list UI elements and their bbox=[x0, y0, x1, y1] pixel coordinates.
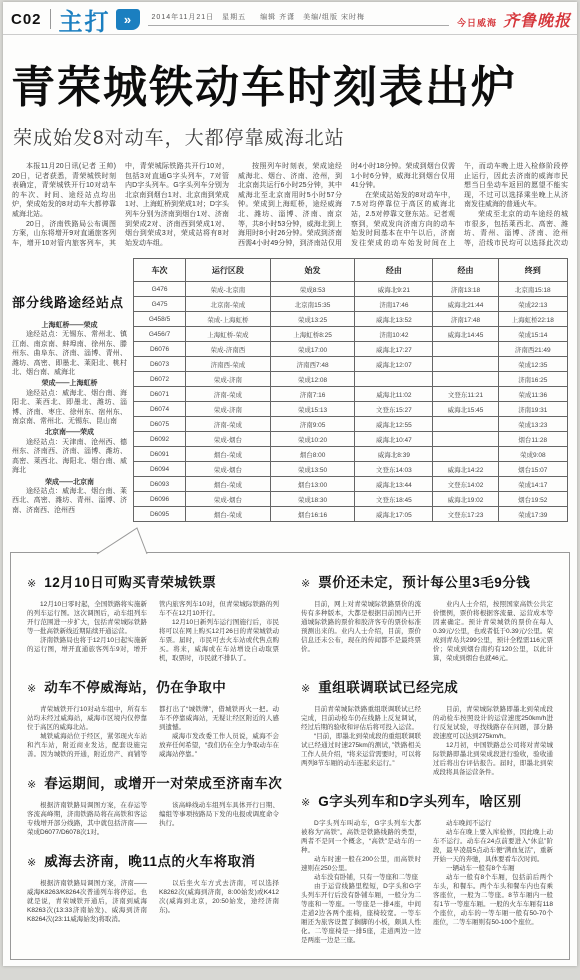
route-name: 北京南——荣成 bbox=[12, 428, 127, 437]
page-header: C02 主打 » 2014年11月21日 星期五编辑 齐潇 美编/组版 宋时梅 … bbox=[3, 2, 577, 32]
article-body: 目前，网上对青荣城际铁路票价的流传有多种版本，大都是根据目前国内已开通城际铁路的… bbox=[301, 600, 553, 663]
timetable-cell: 烟台19:52 bbox=[498, 492, 567, 507]
timetable-cell: 北京南15:35 bbox=[270, 297, 355, 312]
timetable-cell: 济南9:05 bbox=[270, 417, 355, 432]
article: ※票价还未定，预计每公里3毛9分钱目前，网上对青荣城际铁路票价的流传有多种版本，… bbox=[301, 571, 553, 663]
article: ※重组联调联试已经完成目前青荣城际铁路重组联调联试已经完成，目前动检车仍在线路上… bbox=[301, 676, 553, 777]
timetable-cell: D6071 bbox=[134, 387, 186, 402]
masthead: 今日威海 齐鲁晚报 bbox=[449, 8, 571, 31]
timetable-header-cell: 运行区段 bbox=[186, 259, 271, 282]
timetable-cell: 济南17:48 bbox=[433, 312, 498, 327]
timetable-cell: D6094 bbox=[134, 462, 186, 477]
route-stations: 途经站点：威海北、烟台南、海阳北、莱西北、即墨北、潍坊、淄博、济南、枣庄、徐州东… bbox=[12, 389, 127, 427]
timetable-cell: 威海北14:45 bbox=[433, 327, 498, 342]
timetable-cell: 威海北15:45 bbox=[433, 402, 498, 417]
timetable-cell: 威海北12:55 bbox=[355, 417, 433, 432]
article-header: ※动车不停威海站，仍在争取中 bbox=[27, 676, 279, 696]
timetable-cell: 荣成12:08 bbox=[270, 372, 355, 387]
timetable-cell: 荣成-济南 bbox=[186, 372, 271, 387]
timetable-cell: 荣成9:08 bbox=[498, 447, 567, 462]
article: ※G字头列车和D字头列车，啥区别D字头列车叫动车，G字头列车大都被称为“高铁”。… bbox=[301, 790, 553, 945]
timetable-header-cell: 车次 bbox=[134, 259, 186, 282]
timetable-cell: 威海北9:21 bbox=[355, 282, 433, 297]
timetable-cell: 文登东11:21 bbox=[433, 387, 498, 402]
sidebar-route: 荣成——北京南途经站点：威海北、烟台南、莱西北、高密、潍坊、青州、淄博、济南、济… bbox=[12, 478, 127, 516]
intro-paragraph: 本报11月20日讯(记者 王帅) 20日，记者获悉，青荣城铁时刻表确定，青荣城铁… bbox=[12, 162, 116, 220]
timetable-cell: 上海虹桥8:25 bbox=[270, 327, 355, 342]
timetable-cell: 威海北10:47 bbox=[355, 432, 433, 447]
timetable-cell: 荣成18:30 bbox=[270, 492, 355, 507]
timetable-cell: 文登东14:03 bbox=[355, 462, 433, 477]
article-header: ※G字头列车和D字头列车，啥区别 bbox=[301, 790, 553, 810]
timetable-cell: 荣成13:50 bbox=[270, 462, 355, 477]
timetable-header-row: 车次运行区段始发经由经由终到 bbox=[134, 259, 568, 282]
timetable-cell: 济南7:16 bbox=[270, 387, 355, 402]
timetable-cell: 烟台15:07 bbox=[498, 462, 567, 477]
timetable-cell: 威海北14:22 bbox=[433, 462, 498, 477]
article-body: D字头列车叫动车，G字头列车大都被称为“高铁”。高铁是铁路线路的类型，两者不是同… bbox=[301, 819, 553, 945]
timetable-cell bbox=[433, 447, 498, 462]
main-row: 部分线路途经站点 上海虹桥——荣成途经站点：无锡东、常州北、镇江南、南京南、蚌埠… bbox=[12, 258, 568, 522]
timetable-row: D6071济南-荣成济南7:16威海北11:02文登东11:21荣成11:36 bbox=[134, 387, 568, 402]
timetable-row: D6096荣成-烟台荣成18:30文登东18:45威海北19:02烟台19:52 bbox=[134, 492, 568, 507]
timetable-cell: 威海北17:05 bbox=[355, 507, 433, 522]
timetable-cell: 荣成12:35 bbox=[498, 357, 567, 372]
intro-columns: 本报11月20日讯(记者 王帅) 20日，记者获悉，青荣城铁时刻表确定，青荣城铁… bbox=[12, 162, 568, 252]
timetable-cell: 威海北17:27 bbox=[355, 342, 433, 357]
timetable-cell: 荣成15:13 bbox=[270, 402, 355, 417]
timetable-cell: 济南10:42 bbox=[355, 327, 433, 342]
timetable-cell: D6093 bbox=[134, 477, 186, 492]
timetable-cell: 济南-荣成 bbox=[186, 417, 271, 432]
timetable: 车次运行区段始发经由经由终到 G476荣成-北京南荣成8:53威海北9:21济南… bbox=[133, 258, 568, 522]
article-paragraph: 12月10日新列车运行图施行后，市民将可以在网上购买12月26日的青荣城铁动车票… bbox=[159, 618, 279, 663]
timetable-header-cell: 经由 bbox=[433, 259, 498, 282]
subheadline: 荣成始发8对动车，大都停靠威海北站 bbox=[13, 123, 569, 150]
headline: 青荣城铁动车时刻表出炉 bbox=[11, 51, 569, 115]
article-title: 重组联调联试已经完成 bbox=[318, 676, 458, 696]
timetable-wrap: 车次运行区段始发经由经由终到 G476荣成-北京南荣成8:53威海北9:21济南… bbox=[133, 258, 568, 522]
timetable-cell: 威海北19:02 bbox=[433, 492, 498, 507]
articles-box: ※12月10日可购买青荣城铁票12月10日零时起，全国铁路将实施新的列车运行图。… bbox=[10, 552, 570, 960]
article-paragraph: 根据济南铁路局调图方案，在春运等客流高峰期，济南铁路局将在高铁和客运专线增开部分… bbox=[27, 801, 147, 837]
timetable-row: D6093烟台-荣成烟台13:00威海北13:44文登东14:02荣成14:17 bbox=[134, 477, 568, 492]
date-text: 2014年11月21日 星期五 bbox=[152, 14, 247, 21]
timetable-row: G456/7上海虹桥-荣成上海虹桥8:25济南10:42威海北14:45荣成15… bbox=[134, 327, 568, 342]
page-code: C02 bbox=[11, 11, 42, 28]
timetable-cell: 烟台13:00 bbox=[270, 477, 355, 492]
timetable-cell: D6076 bbox=[134, 342, 186, 357]
timetable-cell: 荣成8:53 bbox=[270, 282, 355, 297]
timetable-row: D6095烟台-荣成烟台16:16威海北17:05文登东17:23荣成17:39 bbox=[134, 507, 568, 522]
timetable-cell: 威海北12:07 bbox=[355, 357, 433, 372]
timetable-cell: 北京南15:18 bbox=[498, 282, 567, 297]
articles-left-column: ※12月10日可购买青荣城铁票12月10日零时起，全国铁路将实施新的列车运行图。… bbox=[27, 567, 279, 949]
timetable-row: D6091烟台-荣成烟台8:00威海北8:39荣成9:08 bbox=[134, 447, 568, 462]
article: ※威海去济南，晚11点的火车将取消根据济南铁路局调图方案，济南——威海K8263… bbox=[27, 850, 279, 924]
article-paragraph: 由于运营线路里程短，D字头和G字头列车开行后没有卧铺车厢，一般分为二等座和一等座… bbox=[301, 882, 421, 945]
route-name: 荣成——上海虹桥 bbox=[12, 379, 127, 388]
timetable-row: G458/5荣成-上海虹桥荣成13:25威海北13:52济南17:48上海虹桥2… bbox=[134, 312, 568, 327]
timetable-cell: G475 bbox=[134, 297, 186, 312]
article-paragraph: 以后坐火车方式去济南，可以选择K8262次(威海到济南，8:00始发)或K412… bbox=[159, 879, 279, 915]
timetable-cell: 济南西7:48 bbox=[270, 357, 355, 372]
section-title: 主打 bbox=[59, 2, 111, 37]
timetable-cell: 荣成11:36 bbox=[498, 387, 567, 402]
timetable-cell: 济南17:46 bbox=[355, 297, 433, 312]
article-body: 根据济南铁路局调图方案，在春运等客流高峰期，济南铁路局将在高铁和客运专线增开部分… bbox=[27, 801, 279, 837]
timetable-cell: 济南西-荣成 bbox=[186, 357, 271, 372]
timetable-cell: G476 bbox=[134, 282, 186, 297]
timetable-cell bbox=[433, 342, 498, 357]
article-paragraph: “目前，即墨北到荣成段的重组联调联试已经通过时速275km的测试，”铁路相关工作… bbox=[301, 732, 421, 768]
article-header: ※春运期间，或增开一对荣成至济南车次 bbox=[27, 772, 279, 792]
timetable-cell: 荣成15:14 bbox=[498, 327, 567, 342]
article-paragraph: 动车时速一般在200公里，而高铁时速则在250公里。 bbox=[301, 855, 421, 873]
timetable-cell bbox=[433, 357, 498, 372]
timetable-cell: D6091 bbox=[134, 447, 186, 462]
timetable-row: D6073济南西-荣成济南西7:48威海北12:07荣成12:35 bbox=[134, 357, 568, 372]
article-paragraph: 12月初，中国铁路总公司将对青荣城际铁路即墨北到荣成段进行验收，验收通过后将出台… bbox=[433, 741, 553, 777]
article-header: ※威海去济南，晚11点的火车将取消 bbox=[27, 850, 279, 870]
article-header: ※12月10日可购买青荣城铁票 bbox=[27, 571, 279, 591]
staff-text: 编辑 齐潇 美编/组版 宋时梅 bbox=[260, 14, 365, 21]
article-marker-icon: ※ bbox=[27, 856, 36, 869]
article-paragraph: 目前，网上对青荣城际铁路票价的流传有多种版本，大都是根据目前国内已开通城际铁路的… bbox=[301, 600, 421, 654]
timetable-cell bbox=[433, 417, 498, 432]
timetable-cell: 荣成-北京南 bbox=[186, 282, 271, 297]
timetable-cell: 荣成-烟台 bbox=[186, 432, 271, 447]
article-paragraph: 该高峰线动车组列车具体开行日期、编组等事项按路局下发的电报或调度命令执行。 bbox=[159, 801, 279, 828]
timetable-cell: D6096 bbox=[134, 492, 186, 507]
article-marker-icon: ※ bbox=[301, 796, 310, 809]
article-header: ※重组联调联试已经完成 bbox=[301, 676, 553, 696]
timetable-cell: 文登东14:02 bbox=[433, 477, 498, 492]
article-paragraph: 动车一般有8个车厢，包括前后两个车头，和餐车。两个车头和餐车内也有乘客座位，一般… bbox=[433, 873, 553, 927]
timetable-row: D6074荣成-济南荣成15:13文登东15:27威海北15:45济南19:31 bbox=[134, 402, 568, 417]
timetable-cell bbox=[433, 372, 498, 387]
article-paragraph: 动车没有卧铺，只有一等座和二等座 bbox=[301, 873, 421, 882]
route-name: 荣成——北京南 bbox=[12, 478, 127, 487]
timetable-cell: 荣成-济南 bbox=[186, 402, 271, 417]
timetable-cell: 荣成-济南西 bbox=[186, 342, 271, 357]
timetable-cell: 荣成13:25 bbox=[270, 312, 355, 327]
timetable-cell: 威海北21:44 bbox=[433, 297, 498, 312]
timetable-row: G476荣成-北京南荣成8:53威海北9:21济南13:18北京南15:18 bbox=[134, 282, 568, 297]
timetable-cell: 上海虹桥22:18 bbox=[498, 312, 567, 327]
article-title: G字头列车和D字头列车，啥区别 bbox=[318, 790, 521, 810]
timetable-cell: 济南16:25 bbox=[498, 372, 567, 387]
article-title: 动车不停威海站，仍在争取中 bbox=[44, 676, 226, 696]
timetable-header-cell: 经由 bbox=[355, 259, 433, 282]
timetable-cell: 荣成17:00 bbox=[270, 342, 355, 357]
timetable-cell: 北京南-荣成 bbox=[186, 297, 271, 312]
article-title: 票价还未定，预计每公里3毛9分钱 bbox=[318, 571, 530, 591]
timetable-cell: G458/5 bbox=[134, 312, 186, 327]
timetable-cell bbox=[433, 432, 498, 447]
article-marker-icon: ※ bbox=[27, 778, 36, 791]
sidebar-routes: 上海虹桥——荣成途经站点：无锡东、常州北、镇江南、南京南、蚌埠南、徐州东、滕州东… bbox=[12, 321, 127, 515]
article-header: ※票价还未定，预计每公里3毛9分钱 bbox=[301, 571, 553, 591]
article-title: 威海去济南，晚11点的火车将取消 bbox=[44, 850, 255, 870]
timetable-cell: D6073 bbox=[134, 357, 186, 372]
timetable-row: D6072荣成-济南荣成12:08济南16:25 bbox=[134, 372, 568, 387]
route-name: 上海虹桥——荣成 bbox=[12, 321, 127, 330]
timetable-cell: 威海北11:02 bbox=[355, 387, 433, 402]
dateline: 2014年11月21日 星期五编辑 齐潇 美编/组版 宋时梅 bbox=[148, 12, 449, 26]
timetable-cell: G456/7 bbox=[134, 327, 186, 342]
article-marker-icon: ※ bbox=[27, 682, 36, 695]
timetable-cell: 烟台-荣成 bbox=[186, 477, 271, 492]
timetable-cell: 威海北8:39 bbox=[355, 447, 433, 462]
timetable-cell: 济南13:18 bbox=[433, 282, 498, 297]
route-stations: 途经站点：无锡东、常州北、镇江南、南京南、蚌埠南、徐州东、滕州东、曲阜东、济南、… bbox=[12, 330, 127, 377]
timetable-cell: 威海北13:44 bbox=[355, 477, 433, 492]
article-body: 目前青荣城际铁路重组联调联试已经完成，目前动检车仍在线路上反复调试，经过后期的验… bbox=[301, 705, 553, 777]
timetable-cell: 济南-荣成 bbox=[186, 387, 271, 402]
article: ※动车不停威海站，仍在争取中青荣城铁开行10对动车组中，所有车站均未经过威海站，… bbox=[27, 676, 279, 759]
timetable-row: D6094荣成-烟台荣成13:50文登东14:03威海北14:22烟台15:07 bbox=[134, 462, 568, 477]
timetable-cell: 济南19:31 bbox=[498, 402, 567, 417]
articles-right-column: ※票价还未定，预计每公里3毛9分钱目前，网上对青荣城际铁路票价的流传有多种版本，… bbox=[301, 567, 553, 949]
article-marker-icon: ※ bbox=[301, 577, 310, 590]
sidebar-route: 上海虹桥——荣成途经站点：无锡东、常州北、镇江南、南京南、蚌埠南、徐州东、滕州东… bbox=[12, 321, 127, 377]
article-body: 12月10日零时起，全国铁路将实施新的列车运行图。这次调图后，动车组列车开行范围… bbox=[27, 600, 279, 663]
article-title: 春运期间，或增开一对荣成至济南车次 bbox=[44, 772, 282, 792]
timetable-cell: 文登东15:27 bbox=[355, 402, 433, 417]
timetable-cell: 荣成13:23 bbox=[498, 417, 567, 432]
timetable-cell: D6074 bbox=[134, 402, 186, 417]
article-title: 12月10日可购买青荣城铁票 bbox=[44, 571, 216, 591]
article-paragraph: 目前青荣城际铁路重组联调联试已经完成，目前动检车仍在线路上反复调试，经过后期的验… bbox=[301, 705, 421, 732]
timetable-cell: 荣成17:39 bbox=[498, 507, 567, 522]
article-paragraph: 动车在晚上要入库检修，因此晚上动车不运行。动车在24点前要进入“休息”阶段，最早… bbox=[433, 828, 553, 864]
masthead-logo: 齐鲁晚报 bbox=[503, 8, 571, 31]
timetable-row: D6076荣成-济南西荣成17:00威海北17:27济南西21:49 bbox=[134, 342, 568, 357]
timetable-cell: 文登东17:23 bbox=[433, 507, 498, 522]
timetable-cell: 威海北13:52 bbox=[355, 312, 433, 327]
timetable-header-cell: 始发 bbox=[270, 259, 355, 282]
article-paragraph: 根据济南铁路局调图方案，济南——威海K8263/K8264次普通列车将停运。也就… bbox=[27, 879, 147, 924]
newspaper-page: C02 主打 » 2014年11月21日 星期五编辑 齐潇 美编/组版 宋时梅 … bbox=[3, 2, 577, 966]
timetable-cell: 荣成-上海虹桥 bbox=[186, 312, 271, 327]
timetable-row: D6075济南-荣成济南9:05威海北12:55荣成13:23 bbox=[134, 417, 568, 432]
timetable-cell: 济南西21:49 bbox=[498, 342, 567, 357]
sidebar-route: 荣成——上海虹桥途经站点：威海北、烟台南、海阳北、莱西北、即墨北、潍坊、淄博、济… bbox=[12, 379, 127, 426]
article: ※春运期间，或增开一对荣成至济南车次根据济南铁路局调图方案，在春运等客流高峰期，… bbox=[27, 772, 279, 837]
timetable-cell: D6095 bbox=[134, 507, 186, 522]
section-arrow-icon: » bbox=[116, 9, 140, 30]
timetable-cell: D6072 bbox=[134, 372, 186, 387]
article-paragraph: D字头列车叫动车，G字头列车大都被称为“高铁”。高铁是铁路线路的类型，两者不是同… bbox=[301, 819, 421, 855]
sidebar: 部分线路途经站点 上海虹桥——荣成途经站点：无锡东、常州北、镇江南、南京南、蚌埠… bbox=[12, 258, 133, 522]
timetable-cell: 烟台8:00 bbox=[270, 447, 355, 462]
article-paragraph: 12月10日零时起，全国铁路将实施新的列车运行图。这次调图后，动车组列车开行范围… bbox=[27, 600, 147, 636]
timetable-cell: 荣成22:13 bbox=[498, 297, 567, 312]
article-paragraph: 目前，青荣城际铁路即墨北到荣成段的动检车按照设计的运营速度250km/h进行反复… bbox=[433, 705, 553, 741]
timetable-cell: D6092 bbox=[134, 432, 186, 447]
timetable-cell: 上海虹桥-荣成 bbox=[186, 327, 271, 342]
article-paragraph: 威海市发改委工作人员说，威海不会放弃任何希望，“我们仍在全力争取动车在威海站停靠… bbox=[159, 732, 279, 759]
article-body: 青荣城铁开行10对动车组中，所有车站均未经过威海站，威海市区境内仅停靠位于高区的… bbox=[27, 705, 279, 759]
timetable-cell bbox=[355, 372, 433, 387]
timetable-cell: 文登东18:45 bbox=[355, 492, 433, 507]
timetable-cell: 荣成-烟台 bbox=[186, 462, 271, 477]
timetable-row: G475北京南-荣成北京南15:35济南17:46威海北21:44荣成22:13 bbox=[134, 297, 568, 312]
masthead-edition: 今日威海 bbox=[457, 16, 497, 29]
timetable-cell: 烟台-荣成 bbox=[186, 507, 271, 522]
timetable-header-cell: 终到 bbox=[498, 259, 567, 282]
callout-tail bbox=[89, 525, 159, 555]
article-paragraph: 业内人士介绍，按照国家高铁公共定价惯例，票价将根据客流量、运营成本等因素确定。预… bbox=[433, 600, 553, 663]
article-paragraph: 青荣城铁开行10对动车组中，所有车站均未经过威海站，威海市区境内仅停靠位于高区的… bbox=[27, 705, 147, 732]
article-paragraph: 一辆动车一般有8个车厢 bbox=[433, 864, 553, 873]
timetable-row: D6092荣成-烟台荣成10:20威海北10:47烟台11:28 bbox=[134, 432, 568, 447]
route-stations: 途经站点：威海北、烟台南、莱西北、高密、潍坊、青州、淄博、济南、济南西、沧州西 bbox=[12, 487, 127, 515]
timetable-cell: 荣成14:17 bbox=[498, 477, 567, 492]
timetable-cell: 荣成-烟台 bbox=[186, 492, 271, 507]
article-marker-icon: ※ bbox=[301, 682, 310, 695]
timetable-cell: 烟台16:16 bbox=[270, 507, 355, 522]
timetable-cell: 烟台11:28 bbox=[498, 432, 567, 447]
timetable-cell: 荣成10:20 bbox=[270, 432, 355, 447]
article-marker-icon: ※ bbox=[27, 577, 36, 590]
sidebar-route: 北京南——荣成途经站点：天津南、沧州西、德州东、济南西、济南、淄博、潍坊、高密、… bbox=[12, 428, 127, 475]
article: ※12月10日可购买青荣城铁票12月10日零时起，全国铁路将实施新的列车运行图。… bbox=[27, 571, 279, 663]
timetable-cell: 烟台-荣成 bbox=[186, 447, 271, 462]
article-body: 根据济南铁路局调图方案，济南——威海K8263/K8264次普通列车将停运。也就… bbox=[27, 879, 279, 924]
article-paragraph: 动车晚间不运行 bbox=[433, 819, 553, 828]
route-stations: 途经站点：天津南、沧州西、德州东、济南西、济南、淄博、潍坊、高密、莱西北、海阳北… bbox=[12, 438, 127, 476]
timetable-cell: D6075 bbox=[134, 417, 186, 432]
header-divider bbox=[50, 9, 51, 29]
sidebar-title: 部分线路途经站点 bbox=[12, 292, 127, 311]
